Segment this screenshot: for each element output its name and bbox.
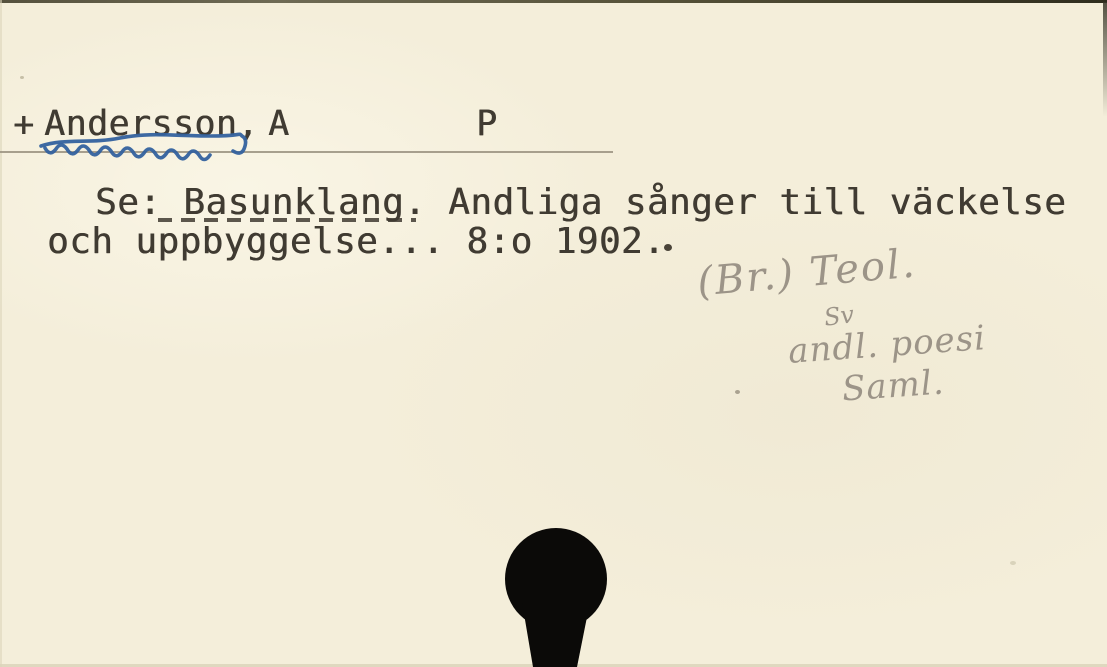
handwritten-classification: (Br.) Teol. [695, 241, 918, 306]
reference-see-label: Se: [95, 182, 183, 223]
heading-first-initial: A [268, 106, 289, 143]
card-left-edge [0, 0, 2, 667]
blue-wavy-underline [35, 126, 265, 172]
punch-hole-keyhole [495, 518, 615, 667]
reference-line-1-rest: Andliga sånger till väckelse [426, 182, 1066, 223]
pencil-dot [735, 390, 740, 394]
dust-speck [20, 76, 24, 79]
card-right-edge [1103, 2, 1107, 117]
catalog-card: + Andersson, A P Se: Basunklang. Andliga… [0, 0, 1107, 667]
handwritten-subject: andl. poesi [787, 318, 987, 372]
reference-line-2: och uppbyggelse... 8:o 1902. [47, 223, 665, 261]
heading-second-initial: P [476, 106, 497, 143]
heading-plus-mark: + [13, 107, 34, 144]
handwritten-collection: Saml. [841, 362, 946, 409]
reference-line-1: Se: Basunklang. Andliga sånger till väck… [95, 184, 1066, 222]
ink-speck [664, 244, 672, 251]
dust-speck [1010, 561, 1016, 565]
reference-title-underlined: Basunklang. [183, 182, 426, 223]
card-top-edge [0, 0, 1107, 3]
